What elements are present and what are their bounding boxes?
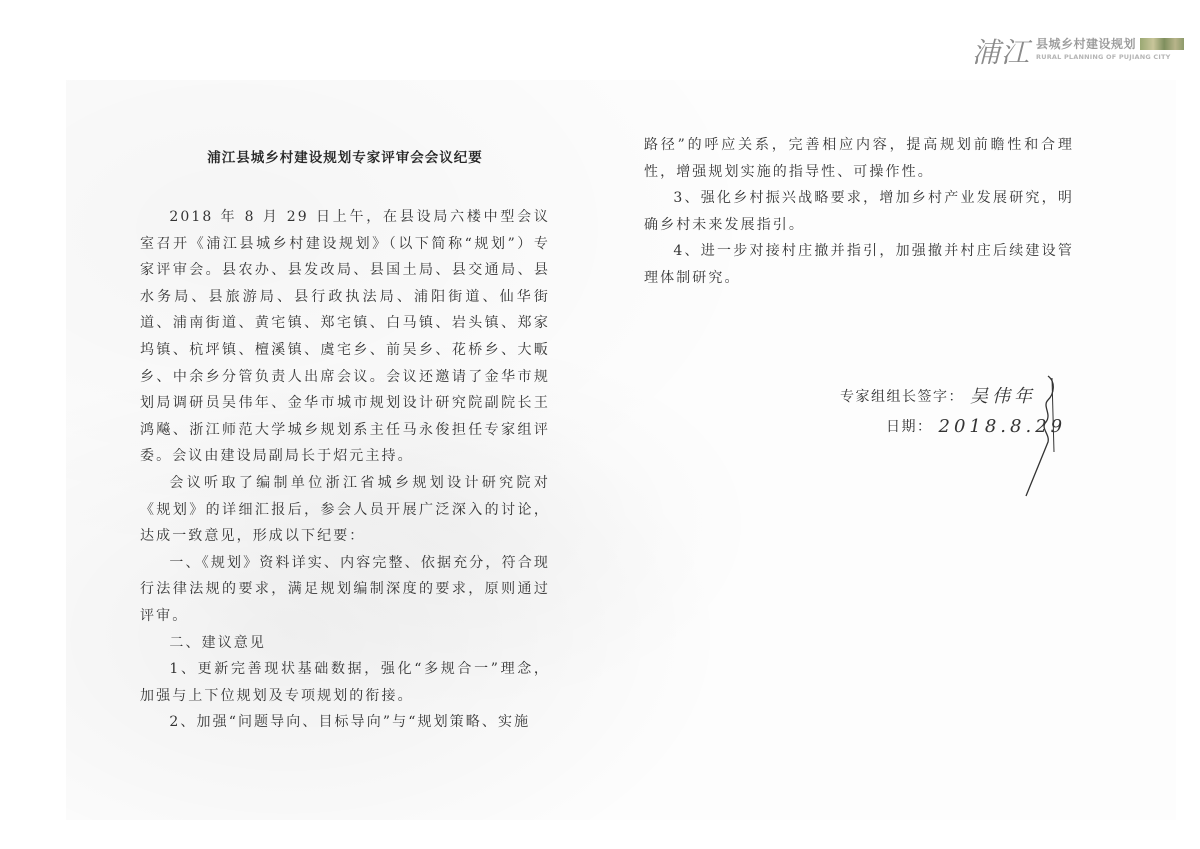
- logo-title-en: RURAL PLANNING OF PUJIANG CITY: [1036, 52, 1184, 62]
- suggestion-item: 4、进一步对接村庄撤并指引，加强撤并村庄后续建设管理体制研究。: [644, 238, 1074, 291]
- document-left-column: 浦江县城乡村建设规划专家评审会会议纪要 2018 年 8 月 29 日上午，在县…: [140, 148, 550, 736]
- logo-cn-row: 县城乡村建设规划: [1036, 36, 1184, 52]
- suggestion-item: 2、加强“问题导向、目标导向”与“规划策略、实施: [140, 709, 550, 736]
- document-right-column: 路径”的呼应关系，完善相应内容，提高规划前瞻性和合理性，增强规划实施的指导性、可…: [644, 132, 1074, 292]
- landscape-photo-icon: [1140, 38, 1184, 50]
- logo-title-cn: 县城乡村建设规划: [1036, 36, 1136, 52]
- brand-logo: 浦江 县城乡村建设规划 RURAL PLANNING OF PUJIANG CI…: [972, 36, 1194, 70]
- logo-mark: 浦江: [972, 36, 1030, 70]
- logo-text: 县城乡村建设规划 RURAL PLANNING OF PUJIANG CITY: [1036, 36, 1184, 62]
- section-heading-suggestions: 二、建议意见: [140, 630, 550, 657]
- suggestion-item: 1、更新完善现状基础数据，强化“多规合一”理念，加强与上下位规划及专项规划的衔接…: [140, 656, 550, 709]
- suggestion-item: 3、强化乡村振兴战略要求，增加乡村产业发展研究，明确乡村未来发展指引。: [644, 185, 1074, 238]
- suggestion-item-continued: 路径”的呼应关系，完善相应内容，提高规划前瞻性和合理性，增强规划实施的指导性、可…: [644, 132, 1074, 185]
- paragraph-conclusion: 一、《规划》资料详实、内容完整、依据充分，符合现行法律法规的要求，满足规划编制深…: [140, 550, 550, 630]
- signature-stroke-icon: [1012, 372, 1072, 502]
- document-title: 浦江县城乡村建设规划专家评审会会议纪要: [140, 148, 550, 168]
- signature-label: 专家组组长签字：: [840, 382, 964, 412]
- paragraph-summary: 会议听取了编制单位浙江省城乡规划设计研究院对《规划》的详细汇报后，参会人员开展广…: [140, 470, 550, 550]
- paragraph-meeting-info: 2018 年 8 月 29 日上午，在县设局六楼中型会议室召开《浦江县城乡村建设…: [140, 204, 550, 470]
- date-label: 日期：: [886, 412, 933, 442]
